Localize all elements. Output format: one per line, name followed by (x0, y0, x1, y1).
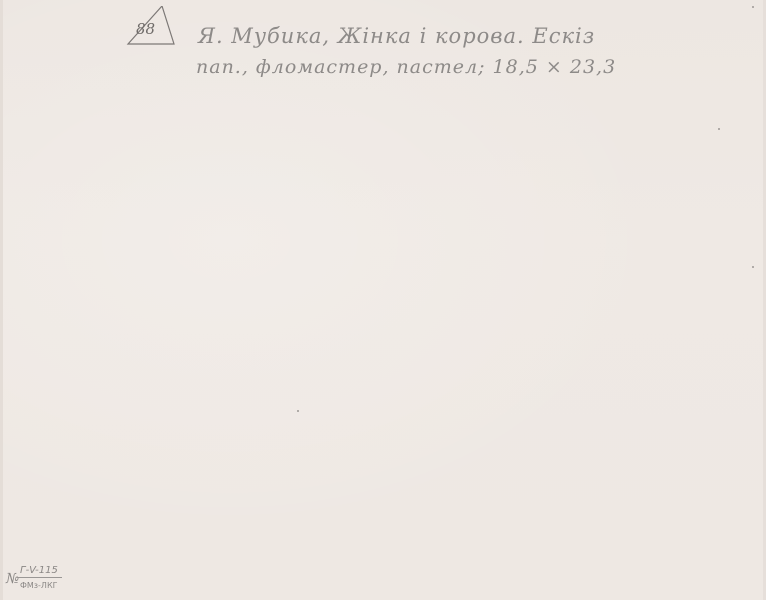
annotation-medium-size-line: пап., фломастер, пастел; 18,5 × 23,3 (196, 56, 616, 78)
paper-speck (297, 410, 299, 412)
paper-speck (718, 128, 720, 130)
inventory-stamp: № Г-V-115 ФМз-ЛКГ (6, 565, 86, 597)
paper-edge-left (0, 0, 3, 600)
paper-sheet: 88 Я. Мубика, Жінка і корова. Ескіз пап.… (0, 0, 766, 600)
paper-speck (752, 266, 754, 268)
catalog-number-badge: 88 (126, 6, 176, 46)
annotation-title-line: Я. Мубика, Жінка і корова. Ескіз (198, 24, 595, 48)
inventory-collection: ФМз-ЛКГ (20, 581, 58, 590)
inventory-number: Г-V-115 (18, 565, 62, 578)
paper-speck (752, 6, 754, 8)
catalog-number: 88 (136, 20, 155, 38)
